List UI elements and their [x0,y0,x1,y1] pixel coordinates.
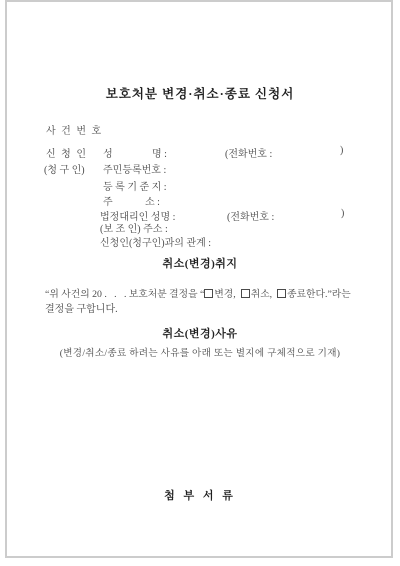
registry-label: 등 록 기 준 지 : [103,178,167,193]
resident-number-label: 주민등록번호 : [103,161,166,176]
legal-rep-phone-close: ) [341,208,344,219]
purport-prefix: “위 사건의 20 . . . 보호처분 결정을 “ [45,286,204,300]
applicant-phone-close: ) [340,145,343,156]
applicant-resident-row: (청 구 인) 주민등록번호 : [0,161,400,175]
address-label-a: 주 [103,193,113,208]
name-label-b: 명 : [152,145,167,160]
option-terminate: 종료한다. [277,286,327,300]
assistant-address-label: (보 조 인) 주소 : [100,220,168,235]
registry-row: 등 록 기 준 지 : [0,178,400,192]
purport-sentence-line1: “위 사건의 20 . . . 보호처분 결정을 “ 변경, 취소, 종료한다.… [45,286,351,300]
applicant-role-label2: (청 구 인) [44,161,85,176]
address-row: 주 소 : [0,193,400,207]
assistant-address-row: (보 조 인) 주소 : [0,220,400,234]
case-number-label: 사 건 번 호 [46,122,103,137]
document-page: 보호처분 변경·취소·종료 신청서 사 건 번 호 신 청 인 성 명 : (전… [0,0,400,566]
address-label-b: 소 : [145,193,160,208]
change-checkbox[interactable] [204,289,213,298]
relationship-label: 신청인(청구인)과의 관계 : [100,234,211,249]
purport-sentence-line2: 결정을 구합니다. [45,303,118,316]
cancel-checkbox[interactable] [241,289,250,298]
applicant-phone-label: (전화번호 : [225,145,272,160]
reason-note: (변경/취소/종료 하려는 사유를 아래 또는 별지에 구체적으로 기재) [0,345,400,359]
name-label-a: 성 [103,145,113,160]
applicant-role-label: 신 청 인 [46,145,87,160]
reason-heading: 취소(변경)사유 [0,325,400,341]
case-number-row: 사 건 번 호 [0,122,400,136]
purport-suffix: ”라는 [327,286,350,300]
terminate-checkbox-label: 종료한다. [287,286,327,300]
applicant-name-row: 신 청 인 성 명 : (전화번호 : ) [0,145,400,159]
attachments-heading: 첨 부 서 류 [0,487,400,503]
terminate-checkbox[interactable] [277,289,286,298]
document-title: 보호처분 변경·취소·종료 신청서 [0,84,400,102]
option-cancel: 취소, [241,286,272,300]
option-change: 변경, [204,286,235,300]
change-checkbox-label: 변경, [214,286,235,300]
relationship-row: 신청인(청구인)과의 관계 : [0,234,400,248]
cancel-checkbox-label: 취소, [251,286,272,300]
purport-heading: 취소(변경)취지 [0,255,400,271]
